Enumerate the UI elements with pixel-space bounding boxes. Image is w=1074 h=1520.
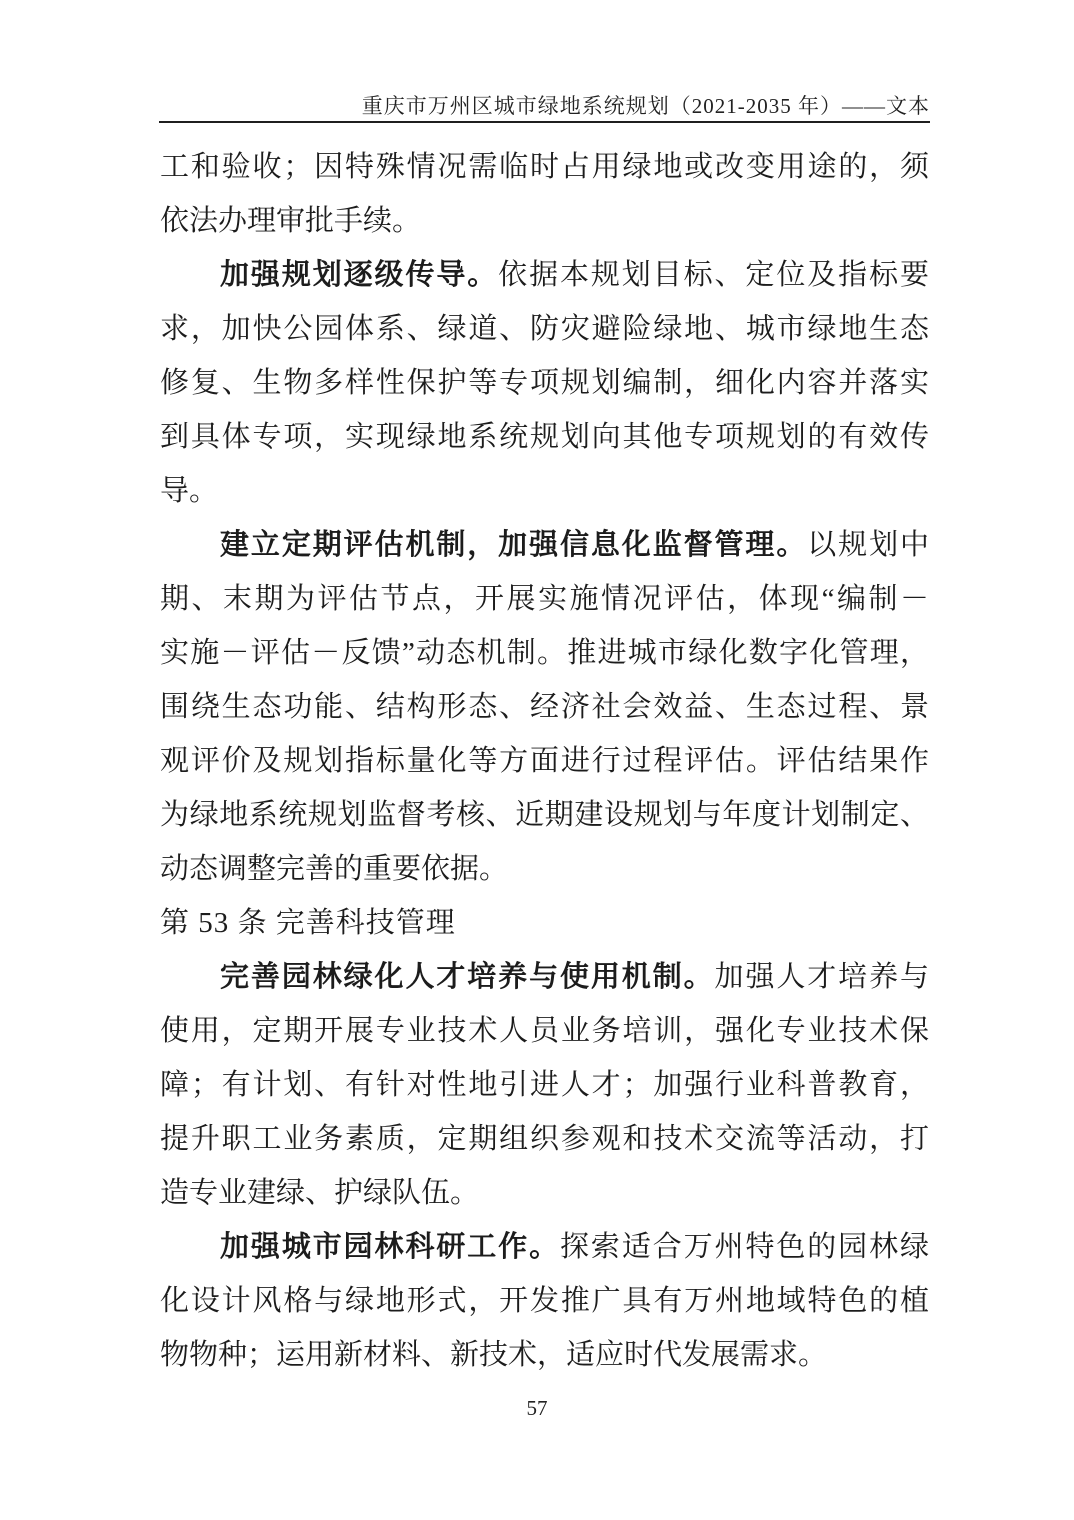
line-text: 到具体专项，实现绿地系统规划向其他专项规划的有效传 [160,421,929,453]
body-line: 动态调整完善的重要依据。 [160,842,929,896]
line-text: 修复、生物多样性保护等专项规划编制，细化内容并落实 [160,367,929,399]
page-header-title: 重庆市万州区城市绿地系统规划（2021-2035 年）——文本 [160,90,930,120]
body-line: 障；有计划、有针对性地引进人才；加强行业科普教育， [160,1058,929,1112]
body-line: 导。 [160,464,929,518]
body-line: 造专业建绿、护绿队伍。 [160,1166,929,1220]
line-text: 观评价及规划指标量化等方面进行过程评估。评估结果作 [160,745,929,777]
body-line: 围绕生态功能、结构形态、经济社会效益、生态过程、景 [160,680,929,734]
line-text: 工和验收；因特殊情况需临时占用绿地或改变用途的，须 [160,151,929,183]
body-line: 期、末期为评估节点，开展实施情况评估，体现“编制－ [160,572,929,626]
body-line: 观评价及规划指标量化等方面进行过程评估。评估结果作 [160,734,929,788]
line-text: 化设计风格与绿地形式，开发推广具有万州地域特色的植 [160,1285,929,1317]
header-rule [159,121,930,123]
body-line: 物物种；运用新材料、新技术，适应时代发展需求。 [160,1328,929,1382]
article-heading-text: 第 53 条 完善科技管理 [160,907,456,939]
line-text: 物物种；运用新材料、新技术，适应时代发展需求。 [160,1339,827,1371]
body-line: 工和验收；因特殊情况需临时占用绿地或改变用途的，须 [160,140,929,194]
line-text: 障；有计划、有针对性地引进人才；加强行业科普教育， [160,1069,929,1101]
line-text: 提升职工业务素质，定期组织参观和技术交流等活动，打 [160,1123,929,1155]
line-text: 围绕生态功能、结构形态、经济社会效益、生态过程、景 [160,691,929,723]
body-line: 修复、生物多样性保护等专项规划编制，细化内容并落实 [160,356,929,410]
line-text: 依法办理审批手续。 [160,205,421,237]
line-bold-text: 完善园林绿化人才培养与使用机制。 [220,961,715,993]
line-text: 以规划中 [807,529,929,561]
line-text: 造专业建绿、护绿队伍。 [160,1177,479,1209]
document-page: 重庆市万州区城市绿地系统规划（2021-2035 年）——文本 工和验收；因特殊… [0,0,1074,1520]
body-line: 化设计风格与绿地形式，开发推广具有万州地域特色的植 [160,1274,929,1328]
line-bold-text: 加强城市园林科研工作。 [220,1231,560,1263]
body-line: 提升职工业务素质，定期组织参观和技术交流等活动，打 [160,1112,929,1166]
line-text: 加强人才培养与 [715,961,929,993]
article-heading: 第 53 条 完善科技管理 [160,896,929,950]
line-bold-text: 加强规划逐级传导。 [220,259,498,291]
line-text: 求，加快公园体系、绿道、防灾避险绿地、城市绿地生态 [160,313,929,345]
body-line: 求，加快公园体系、绿道、防灾避险绿地、城市绿地生态 [160,302,929,356]
body-line: 依法办理审批手续。 [160,194,929,248]
line-text: 使用，定期开展专业技术人员业务培训，强化专业技术保 [160,1015,929,1047]
body-line: 加强规划逐级传导。依据本规划目标、定位及指标要 [160,248,929,302]
body-line: 加强城市园林科研工作。探索适合万州特色的园林绿 [160,1220,929,1274]
line-text: 动态调整完善的重要依据。 [160,853,508,885]
body-line: 完善园林绿化人才培养与使用机制。加强人才培养与 [160,950,929,1004]
line-text: 探索适合万州特色的园林绿 [560,1231,929,1263]
line-text: 期、末期为评估节点，开展实施情况评估，体现“编制－ [160,583,929,615]
page-number: 57 [0,1396,1074,1421]
body-line: 使用，定期开展专业技术人员业务培训，强化专业技术保 [160,1004,929,1058]
body-line: 到具体专项，实现绿地系统规划向其他专项规划的有效传 [160,410,929,464]
line-text: 导。 [160,475,218,507]
line-text: 依据本规划目标、定位及指标要 [498,259,929,291]
body-line: 实施－评估－反馈”动态机制。推进城市绿化数字化管理， [160,626,929,680]
body-line: 建立定期评估机制，加强信息化监督管理。以规划中 [160,518,929,572]
line-text: 为绿地系统规划监督考核、近期建设规划与年度计划制定、 [160,799,929,831]
line-bold-text: 建立定期评估机制，加强信息化监督管理。 [220,529,807,561]
line-text: 实施－评估－反馈”动态机制。推进城市绿化数字化管理， [160,637,929,669]
body-line: 为绿地系统规划监督考核、近期建设规划与年度计划制定、 [160,788,929,842]
document-body: 工和验收；因特殊情况需临时占用绿地或改变用途的，须 依法办理审批手续。 加强规划… [160,140,929,1382]
